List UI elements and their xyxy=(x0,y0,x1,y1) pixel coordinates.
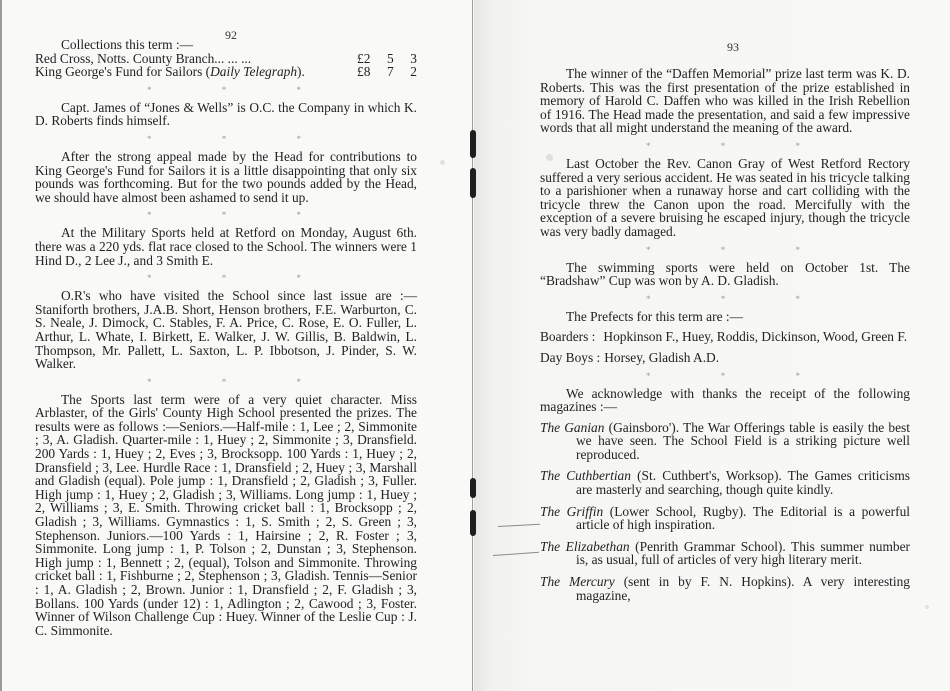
section-separator: * * * xyxy=(35,204,417,226)
staple-mark xyxy=(470,478,476,498)
paragraph-visitors: O.R's who have visited the School since … xyxy=(35,289,417,371)
section-separator: * * * xyxy=(540,239,910,261)
section-separator: * * * xyxy=(540,135,910,157)
shillings: 7 xyxy=(387,65,394,79)
magazine-entry: The Elizabethan (Penrith Grammar School)… xyxy=(540,540,910,567)
prefects-names: Horsey, Gladish A.D. xyxy=(600,351,910,365)
paragraph-appeal: After the strong appeal made by the Head… xyxy=(35,150,417,204)
section-separator: * * * xyxy=(35,128,417,150)
paper-speck xyxy=(925,605,929,609)
pence: 3 xyxy=(410,52,417,66)
section-separator: * * * xyxy=(540,365,910,387)
page-number: 93 xyxy=(727,40,739,55)
collection-desc: King George's Fund for Sailors (Daily Te… xyxy=(35,65,357,79)
magazine-entry: The Griffin (Lower School, Rugby). The E… xyxy=(540,505,910,532)
shillings: 5 xyxy=(387,52,394,66)
magazine-entry: The Mercury (sent in by F. N. Hopkins). … xyxy=(540,575,910,602)
magazine-review: (Lower School, Rugby). The Editorial is … xyxy=(576,504,910,533)
section-separator: * * * xyxy=(35,267,417,289)
pounds: £8 xyxy=(357,65,370,79)
collection-row: Red Cross, Notts. County Branch... ... .… xyxy=(35,52,417,66)
magazine-entry: The Ganian (Gainsboro'). The War Offerin… xyxy=(540,421,910,462)
paragraph-canon-gray: Last October the Rev. Canon Gray of West… xyxy=(540,157,910,239)
collections-heading: Collections this term :— xyxy=(35,38,417,52)
collection-amount: £2 5 3 xyxy=(357,52,417,66)
left-page-text: Collections this term :— Red Cross, Nott… xyxy=(35,38,417,637)
paragraph-military-sports: At the Military Sports held at Retford o… xyxy=(35,226,417,267)
paragraph-daffen-memorial: The winner of the “Daffen Memorial” priz… xyxy=(540,67,910,135)
prefects-label: Day Boys : xyxy=(540,351,600,365)
section-separator: * * * xyxy=(540,288,910,310)
desc-text: King George's Fund for Sailors ( xyxy=(35,64,210,79)
prefects-intro: The Prefects for this term are :— xyxy=(540,310,910,324)
newspaper-title: Daily Telegraph xyxy=(210,64,297,79)
prefects-boarders: Boarders : Hopkinson F., Huey, Roddis, D… xyxy=(540,330,910,344)
gutter-fold xyxy=(472,0,473,691)
staple-mark xyxy=(470,168,476,198)
paper-speck xyxy=(546,154,553,161)
magazine-entry: The Cuthbertian (St. Cuthbert's, Worksop… xyxy=(540,469,910,496)
desc-end: ). xyxy=(297,64,305,79)
right-page-text: The winner of the “Daffen Memorial” priz… xyxy=(540,67,910,610)
section-separator: * * * xyxy=(35,79,417,101)
collection-desc: Red Cross, Notts. County Branch... ... .… xyxy=(35,52,357,66)
magazine-review: (sent in by F. N. Hopkins). A very inter… xyxy=(576,574,910,603)
magazines-intro: We acknowledge with thanks the receipt o… xyxy=(540,387,910,414)
paragraph-capt-james: Capt. James of “Jones & Wells” is O.C. t… xyxy=(35,101,417,128)
collection-amount: £8 7 2 xyxy=(357,65,417,79)
prefects-label: Boarders : xyxy=(540,330,595,344)
paragraph-swimming: The swimming sports were held on October… xyxy=(540,261,910,288)
left-page: 92 Collections this term :— Red Cross, N… xyxy=(0,0,474,691)
prefects-day-boys: Day Boys : Horsey, Gladish A.D. xyxy=(540,351,910,365)
pence: 2 xyxy=(410,65,417,79)
staple-mark xyxy=(470,130,476,158)
collection-row: King George's Fund for Sailors (Daily Te… xyxy=(35,65,417,79)
magazine-review: (Gainsboro'). The War Offerings table is… xyxy=(576,420,910,462)
staple-mark xyxy=(470,510,476,536)
pounds: £2 xyxy=(357,52,370,66)
prefects-names: Hopkinson F., Huey, Roddis, Dickinson, W… xyxy=(595,330,910,344)
section-separator: * * * xyxy=(35,371,417,393)
paper-speck xyxy=(440,160,445,165)
paragraph-sports-results: The Sports last term were of a very quie… xyxy=(35,393,417,638)
